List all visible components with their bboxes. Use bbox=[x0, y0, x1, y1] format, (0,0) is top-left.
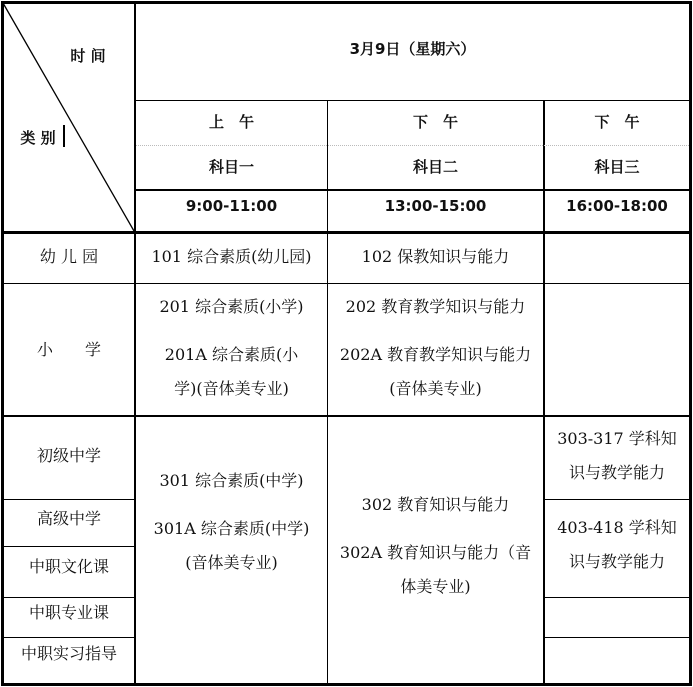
primary-s2-line-3: (音体美专业) bbox=[389, 372, 482, 406]
primary-s1-line-3: 学)(音体美专业) bbox=[174, 372, 289, 406]
primary-s2-line-2: 202A 教育教学知识与能力 bbox=[340, 338, 531, 372]
junior-s3-line-2: 识与教学能力 bbox=[569, 456, 665, 490]
vocational-practice-subject-3 bbox=[545, 638, 689, 683]
primary-s1-line-2: 201A 综合素质(小 bbox=[165, 338, 298, 372]
row-line-junior-s3 bbox=[544, 499, 691, 500]
exam-schedule-table: 时 间 类 别 3月9日（星期六） 上 午 下 午 下 午 科目一 科目二 科目… bbox=[0, 0, 693, 687]
primary-subject-3 bbox=[545, 284, 689, 415]
secondary-s1-line-2: 301A 综合素质(中学) bbox=[154, 512, 310, 546]
session-1-time: 9:00-11:00 bbox=[136, 191, 327, 221]
category-vocational-culture: 中职文化课 bbox=[4, 547, 134, 587]
session-2-period: 下 午 bbox=[328, 101, 543, 141]
corner-time-label: 时 间 bbox=[58, 42, 118, 68]
junior-s3-line-1: 303-317 学科知 bbox=[557, 422, 677, 456]
secondary-s1-line-1: 301 综合素质(中学) bbox=[159, 464, 303, 498]
secondary-s2-line-1: 302 教育知识与能力 bbox=[362, 488, 510, 522]
category-vocational-professional: 中职专业课 bbox=[4, 598, 134, 628]
senior-high-subject-3: 403-418 学科知 识与教学能力 bbox=[545, 509, 689, 581]
secondary-subject-1: 301 综合素质(中学) 301A 综合素质(中学) (音体美专业) bbox=[136, 460, 327, 584]
border-right bbox=[689, 1, 692, 686]
junior-high-subject-3: 303-317 学科知 识与教学能力 bbox=[545, 420, 689, 492]
header-date: 3月9日（星期六） bbox=[136, 4, 689, 92]
senior-s3-line-1: 403-418 学科知 bbox=[557, 511, 677, 545]
secondary-s2-line-2: 302A 教育知识与能力（音 bbox=[340, 536, 531, 570]
category-vocational-practice: 中职实习指导 bbox=[4, 638, 134, 670]
primary-subject-1: 201 综合素质(小学) 201A 综合素质(小 学)(音体美专业) bbox=[136, 286, 327, 410]
category-junior-high: 初级中学 bbox=[4, 417, 134, 495]
secondary-s1-line-3: (音体美专业) bbox=[185, 546, 278, 580]
session-2-subject: 科目二 bbox=[328, 146, 543, 186]
category-kindergarten: 幼 儿 园 bbox=[4, 234, 134, 279]
corner-diagonal bbox=[0, 0, 137, 234]
session-3-subject: 科目三 bbox=[545, 146, 689, 186]
session-3-time: 16:00-18:00 bbox=[545, 191, 689, 221]
session-1-period: 上 午 bbox=[136, 101, 327, 141]
border-bottom bbox=[1, 683, 692, 686]
session-1-subject: 科目一 bbox=[136, 146, 327, 186]
primary-subject-2: 202 教育教学知识与能力 202A 教育教学知识与能力 (音体美专业) bbox=[328, 286, 543, 410]
session-2-time: 13:00-15:00 bbox=[328, 191, 543, 221]
category-senior-high: 高级中学 bbox=[4, 500, 134, 538]
secondary-s2-line-3: 体美专业) bbox=[400, 570, 470, 604]
kindergarten-subject-1: 101 综合素质(幼儿园) bbox=[136, 234, 327, 279]
secondary-subject-2: 302 教育知识与能力 302A 教育知识与能力（音 体美专业) bbox=[328, 484, 543, 608]
vocational-professional-subject-3 bbox=[545, 598, 689, 637]
kindergarten-subject-3 bbox=[545, 234, 689, 283]
corner-category-label: 类 别 bbox=[12, 124, 64, 150]
category-primary: 小 学 bbox=[4, 284, 134, 415]
primary-s2-line-1: 202 教育教学知识与能力 bbox=[346, 290, 526, 324]
senior-s3-line-2: 识与教学能力 bbox=[569, 545, 665, 579]
primary-s1-line-1: 201 综合素质(小学) bbox=[159, 290, 303, 324]
text-cursor bbox=[63, 125, 65, 147]
session-3-period: 下 午 bbox=[545, 101, 689, 141]
kindergarten-subject-2: 102 保教知识与能力 bbox=[328, 234, 543, 279]
